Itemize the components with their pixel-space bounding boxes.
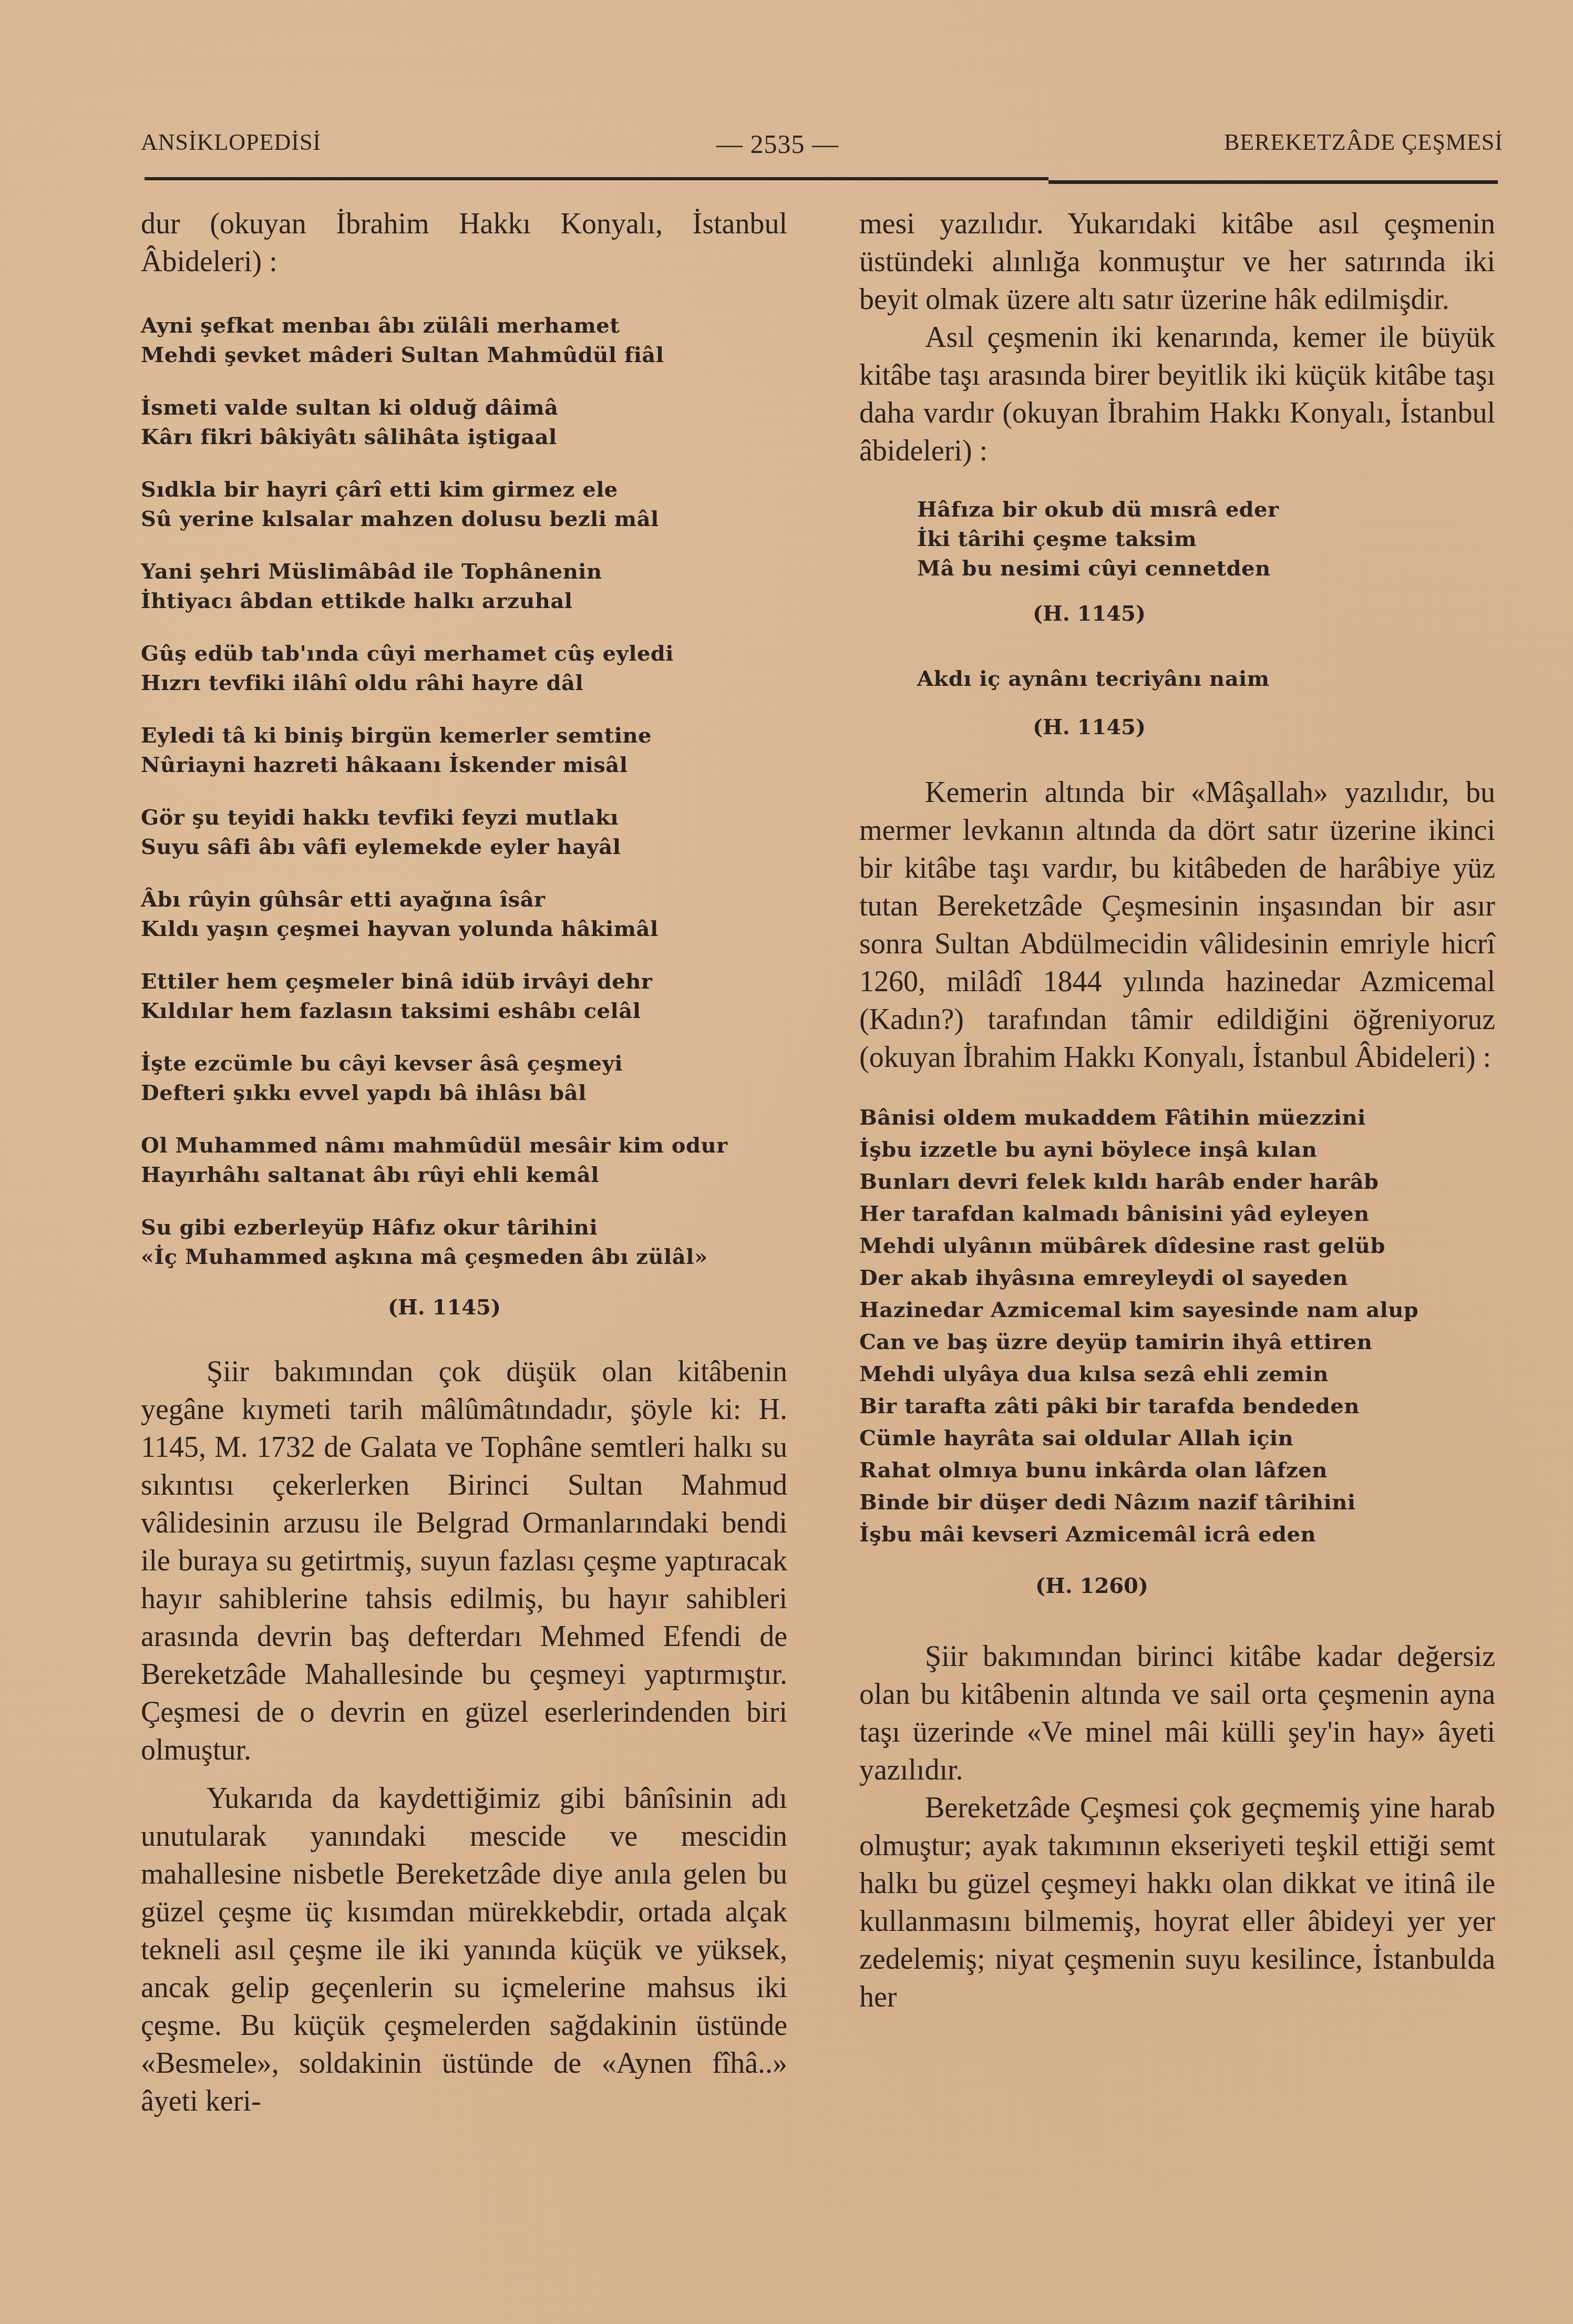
verse-line: Mehdi ulyâya dua kılsa sezâ ehli zemin: [859, 1358, 1495, 1390]
header-encyclopedia-title: ANSİKLOPEDİSİ: [141, 129, 321, 156]
header-rule-left: [145, 177, 1048, 180]
verse-line: Gûş edüb tab'ında cûyi merhamet cûş eyle…: [141, 639, 787, 669]
verse-line: Hâfıza bir okub dü mısrâ eder: [917, 495, 1495, 525]
stanza: Eyledi tâ ki biniş birgün kemerler semti…: [141, 721, 787, 780]
header-rule-right: [1048, 180, 1498, 184]
hijri-date: (H. 1145): [917, 713, 1495, 742]
verse-line: Kıldı yaşın çeşmei hayvan yolunda hâkimâ…: [141, 914, 787, 944]
body-paragraph: Şiir bakımından çok düşük olan kitâbenin…: [141, 1353, 787, 1769]
stanza: Gör şu teyidi hakkı tevfiki feyzi mutlak…: [141, 803, 787, 862]
header-entry-title: BEREKETZÂDE ÇEŞMESİ: [1224, 129, 1503, 156]
verse-line: Ol Muhammed nâmı mahmûdül mesâir kim odu…: [141, 1131, 787, 1160]
stanza: Sıdkla bir hayri çârî etti kim girmez el…: [141, 475, 787, 534]
verse-line: Sıdkla bir hayri çârî etti kim girmez el…: [141, 475, 787, 505]
inscription-verse-1: Ayni şefkat menbaı âbı zülâli merhamet M…: [141, 311, 787, 1272]
page-number: — 2535 —: [716, 129, 839, 159]
body-paragraph: Yukarıda da kaydettiğimiz gibi bânîsinin…: [141, 1780, 787, 2120]
verse-line: Rahat olmıya bunu inkârda olan lâfzen: [859, 1454, 1495, 1486]
verse-line: Can ve baş üzre deyüp tamirin ihyâ ettir…: [859, 1326, 1495, 1358]
hijri-date: (H. 1145): [141, 1293, 787, 1322]
body-paragraph: Şiir bakımından birinci kitâbe kadar değ…: [859, 1638, 1495, 1789]
small-inscription-1: Hâfıza bir okub dü mısrâ eder İki târihi…: [859, 495, 1495, 629]
verse-line: Binde bir düşer dedi Nâzım nazif târihin…: [859, 1486, 1495, 1518]
body-paragraph: Bereketzâde Çeşmesi çok geçmemiş yine ha…: [859, 1789, 1495, 2016]
verse-line: İhtiyacı âbdan ettikde halkı arzuhal: [141, 587, 787, 616]
body-paragraph: mesi yazılıdır. Yukarıdaki kitâbe asıl ç…: [859, 205, 1495, 318]
verse-line: Akdı iç aynânı tecriyânı naim: [917, 664, 1495, 694]
verse-line: Eyledi tâ ki biniş birgün kemerler semti…: [141, 721, 787, 750]
inscription-verse-2: Bânisi oldem mukaddem Fâtihin müezzini İ…: [859, 1102, 1495, 1550]
body-paragraph: Kemerin altında bir «Mâşallah» yazılıdır…: [859, 774, 1495, 1076]
verse-line: İşbu izzetle bu ayni böylece inşâ kılan: [859, 1134, 1495, 1166]
stanza: Âbı rûyin gûhsâr etti ayağına îsâr Kıldı…: [141, 885, 787, 944]
stanza: Ol Muhammed nâmı mahmûdül mesâir kim odu…: [141, 1131, 787, 1190]
verse-line: «İç Muhammed aşkına mâ çeşmeden âbı zülâ…: [141, 1242, 787, 1272]
verse-line: Bunları devri felek kıldı harâb ender ha…: [859, 1166, 1495, 1198]
verse-line: Suyu sâfi âbı vâfi eylemekde eyler hayâl: [141, 832, 787, 862]
running-header: ANSİKLOPEDİSİ — 2535 — BEREKETZÂDE ÇEŞME…: [141, 129, 1503, 166]
intro-citation: dur (okuyan İbrahim Hakkı Konyalı, İstan…: [141, 205, 787, 281]
verse-line: İsmeti valde sultan ki olduğ dâimâ: [141, 393, 787, 423]
stanza: Ettiler hem çeşmeler binâ idüb irvâyi de…: [141, 967, 787, 1026]
verse-line: Mâ bu nesimi cûyi cennetden: [917, 554, 1495, 583]
verse-line: Kârı fikri bâkiyâtı sâlihâta iştigaal: [141, 423, 787, 452]
verse-line: Her tarafdan kalmadı bânisini yâd eyleye…: [859, 1198, 1495, 1230]
verse-line: Kıldılar hem fazlasın taksimi eshâbı cel…: [141, 996, 787, 1026]
verse-line: Sû yerine kılsalar mahzen dolusu bezli m…: [141, 505, 787, 534]
small-inscription-2: Akdı iç aynânı tecriyânı naim (H. 1145): [859, 664, 1495, 742]
stanza: Yani şehri Müslimâbâd ile Tophânenin İht…: [141, 557, 787, 616]
stanza: İsmeti valde sultan ki olduğ dâimâ Kârı …: [141, 393, 787, 452]
verse-line: Der akab ihyâsına emreyleydi ol sayeden: [859, 1262, 1495, 1294]
verse-line: Bir tarafta zâti pâki bir tarafda bended…: [859, 1390, 1495, 1422]
hijri-date: (H. 1260): [859, 1571, 1495, 1601]
verse-line: Nûriayni hazreti hâkaanı İskender misâl: [141, 750, 787, 780]
verse-line: Âbı rûyin gûhsâr etti ayağına îsâr: [141, 885, 787, 914]
left-column: dur (okuyan İbrahim Hakkı Konyalı, İstan…: [141, 205, 787, 2120]
verse-line: Ettiler hem çeşmeler binâ idüb irvâyi de…: [141, 967, 787, 996]
verse-line: Yani şehri Müslimâbâd ile Tophânenin: [141, 557, 787, 587]
right-column: mesi yazılıdır. Yukarıdaki kitâbe asıl ç…: [859, 205, 1495, 2016]
verse-line: İşte ezcümle bu câyi kevser âsâ çeşmeyi: [141, 1049, 787, 1078]
verse-line: Hayırhâhı saltanat âbı rûyi ehli kemâl: [141, 1160, 787, 1190]
verse-line: Defteri şıkkı evvel yapdı bâ ihlâsı bâl: [141, 1078, 787, 1108]
hijri-date: (H. 1145): [917, 599, 1495, 629]
verse-line: Bânisi oldem mukaddem Fâtihin müezzini: [859, 1102, 1495, 1134]
stanza: İşte ezcümle bu câyi kevser âsâ çeşmeyi …: [141, 1049, 787, 1108]
verse-line: Cümle hayrâta sai oldular Allah için: [859, 1422, 1495, 1454]
verse-line: Su gibi ezberleyüp Hâfız okur târihini: [141, 1213, 787, 1242]
verse-line: Mehdi ulyânın mübârek dîdesine rast gelü…: [859, 1230, 1495, 1262]
stanza: Gûş edüb tab'ında cûyi merhamet cûş eyle…: [141, 639, 787, 698]
body-paragraph: Asıl çeşmenin iki kenarında, kemer ile b…: [859, 318, 1495, 470]
verse-line: Mehdi şevket mâderi Sultan Mahmûdül fiâl: [141, 341, 787, 370]
stanza: Ayni şefkat menbaı âbı zülâli merhamet M…: [141, 311, 787, 370]
verse-line: Ayni şefkat menbaı âbı zülâli merhamet: [141, 311, 787, 341]
verse-line: Hızrı tevfiki ilâhî oldu râhi hayre dâl: [141, 669, 787, 698]
verse-line: Gör şu teyidi hakkı tevfiki feyzi mutlak…: [141, 803, 787, 832]
verse-line: İki târihi çeşme taksim: [917, 525, 1495, 554]
verse-line: İşbu mâi kevseri Azmicemâl icrâ eden: [859, 1518, 1495, 1550]
verse-line: Hazinedar Azmicemal kim sayesinde nam al…: [859, 1294, 1495, 1326]
stanza: Su gibi ezberleyüp Hâfız okur târihini «…: [141, 1213, 787, 1272]
